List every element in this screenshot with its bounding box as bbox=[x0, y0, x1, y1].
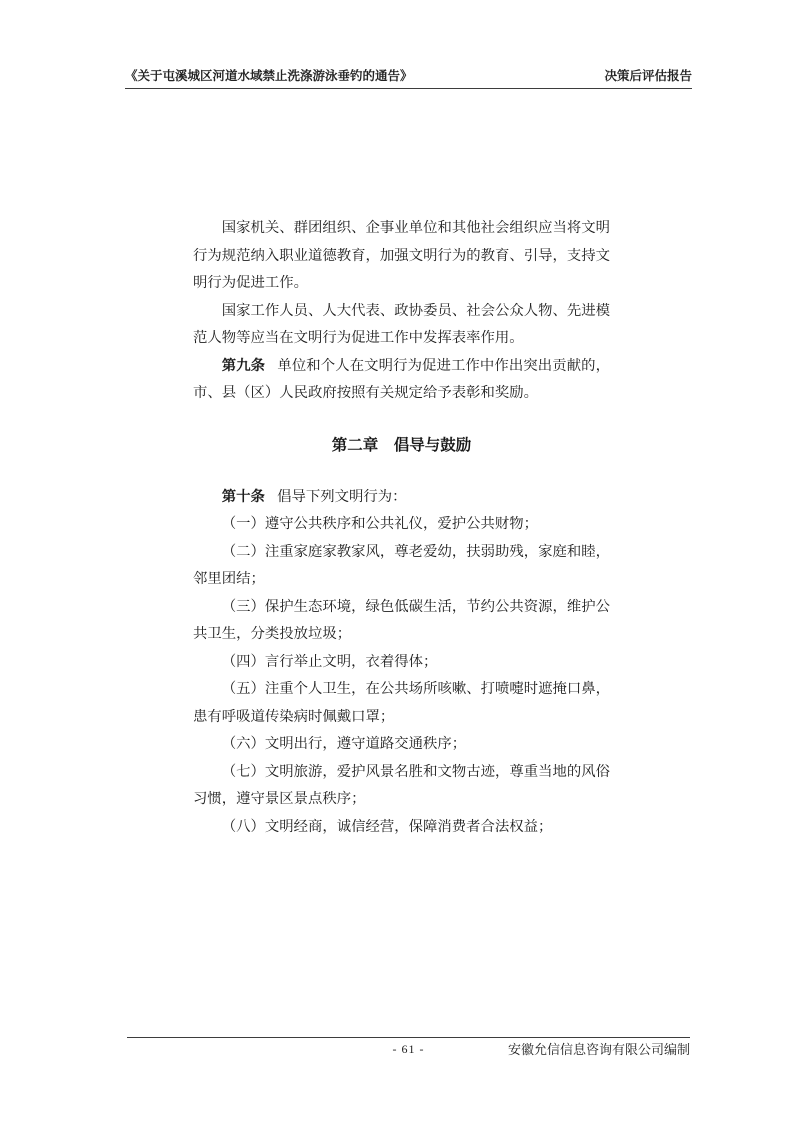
article-10-text: 倡导下列文明行为： bbox=[277, 489, 406, 505]
paragraph-organizations: 国家机关、群团组织、企事业单位和其他社会组织应当将文明行为规范纳入职业道德教育，… bbox=[193, 215, 610, 298]
chapter-2-heading: 第二章 倡导与鼓励 bbox=[193, 434, 610, 458]
article-10-label: 第十条 bbox=[222, 489, 265, 505]
page-header: 《关于屯溪城区河道水域禁止洗涤游泳垂钓的通告》 决策后评估报告 bbox=[125, 69, 692, 89]
list-item-6: （六）文明出行，遵守道路交通秩序； bbox=[193, 731, 610, 759]
paragraph-officials: 国家工作人员、人大代表、政协委员、社会公众人物、先进模范人物等应当在文明行为促进… bbox=[193, 298, 610, 353]
footer-company-credit: 安徽允信信息咨询有限公司编制 bbox=[508, 1042, 690, 1057]
list-item-1: （一）遵守公共秩序和公共礼仪，爱护公共财物； bbox=[193, 511, 610, 539]
list-item-7: （七）文明旅游，爱护风景名胜和文物古迹，尊重当地的风俗习惯，遵守景区景点秩序； bbox=[193, 759, 610, 814]
page-footer: - 61 - 安徽允信信息咨询有限公司编制 bbox=[127, 1037, 690, 1057]
list-item-3: （三）保护生态环境，绿色低碳生活，节约公共资源，维护公共卫生，分类投放垃圾； bbox=[193, 594, 610, 649]
header-document-title: 《关于屯溪城区河道水域禁止洗涤游泳垂钓的通告》 bbox=[125, 69, 413, 84]
list-item-8: （八）文明经商，诚信经营，保障消费者合法权益； bbox=[193, 814, 610, 842]
list-item-5: （五）注重个人卫生，在公共场所咳嗽、打喷嚏时遮掩口鼻，患有呼吸道传染病时佩戴口罩… bbox=[193, 676, 610, 731]
list-item-4: （四）言行举止文明，衣着得体； bbox=[193, 649, 610, 677]
document-page: 《关于屯溪城区河道水域禁止洗涤游泳垂钓的通告》 决策后评估报告 国家机关、群团组… bbox=[0, 0, 793, 1122]
paragraph-article-9: 第九条单位和个人在文明行为促进工作中作出突出贡献的，市、县（区）人民政府按照有关… bbox=[193, 353, 610, 408]
document-body: 国家机关、群团组织、企事业单位和其他社会组织应当将文明行为规范纳入职业道德教育，… bbox=[193, 215, 610, 841]
list-item-2: （二）注重家庭家教家风，尊老爱幼，扶弱助残，家庭和睦，邻里团结； bbox=[193, 539, 610, 594]
header-report-type: 决策后评估报告 bbox=[604, 69, 692, 84]
article-9-label: 第九条 bbox=[222, 358, 265, 374]
paragraph-article-10: 第十条倡导下列文明行为： bbox=[193, 484, 610, 512]
